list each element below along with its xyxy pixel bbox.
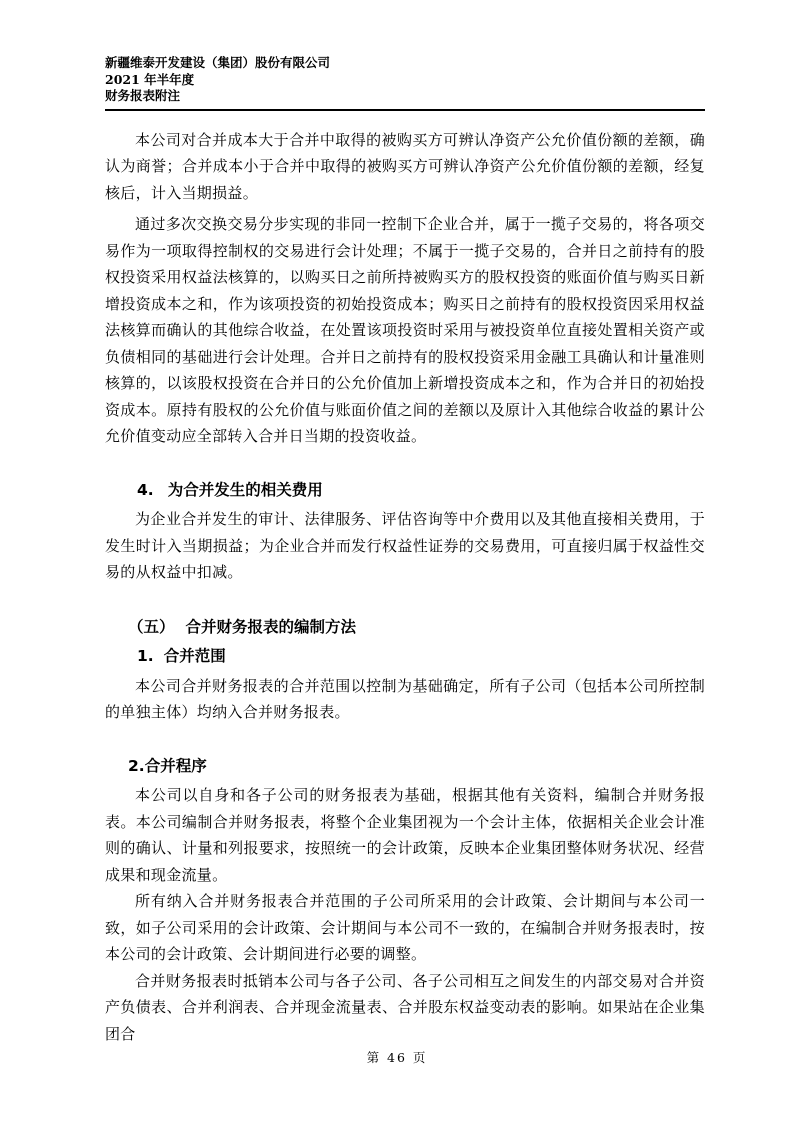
para-consolidation-scope: 本公司合并财务报表的合并范围以控制为基础确定，所有子公司（包括本公司所控制的单独… [105,673,705,726]
heading-consolidation-method: （五）合并财务报表的编制方法 [128,614,705,641]
company-name: 新疆维泰开发建设（集团）股份有限公司 [105,55,705,72]
para-consolidation-procedure: 本公司以自身和各子公司的财务报表为基础，根据其他有关资料，编制合并财务报表。本公… [105,782,705,888]
heading-title: 为合并发生的相关费用 [168,481,323,499]
para-subsidiary-policy-alignment: 所有纳入合并财务报表合并范围的子公司所采用的会计政策、会计期间与本公司一致，如子… [105,888,705,968]
para-goodwill-recognition: 本公司对合并成本大于合并中取得的被购买方可辨认净资产公允价值份额的差额，确认为商… [105,127,705,207]
heading-title: 合并范围 [164,647,226,665]
page-number: 第 46 页 [367,1050,428,1065]
report-period: 2021 年半年度 [105,72,705,89]
document-body: 本公司对合并成本大于合并中取得的被购买方可辨认净资产公允价值份额的差额，确认为商… [105,127,705,1048]
heading-merger-related-costs: 4.为合并发生的相关费用 [137,477,705,504]
document-page: 新疆维泰开发建设（集团）股份有限公司 2021 年半年度 财务报表附注 本公司对… [0,0,794,1123]
heading-title: 合并程序 [145,757,207,775]
heading-consolidation-scope: 1.合并范围 [137,643,705,670]
para-merger-costs: 为企业合并发生的审计、法律服务、评估咨询等中介费用以及其他直接相关费用，于发生时… [105,506,705,586]
heading-number: 2. [128,757,145,775]
heading-consolidation-procedure: 2.合并程序 [128,753,705,780]
page-header: 新疆维泰开发建设（集团）股份有限公司 2021 年半年度 财务报表附注 [105,55,705,111]
heading-number: 1. [137,647,154,665]
heading-number: （五） [128,618,175,636]
heading-number: 4. [137,481,154,499]
page-footer: 第 46 页 [0,1050,794,1065]
document-title: 财务报表附注 [105,88,705,105]
para-step-acquisition: 通过多次交换交易分步实现的非同一控制下企业合并，属于一揽子交易的，将各项交易作为… [105,211,705,450]
para-intercompany-elimination: 合并财务报表时抵销本公司与各子公司、各子公司相互之间发生的内部交易对合并资产负债… [105,968,705,1048]
heading-title: 合并财务报表的编制方法 [186,618,357,636]
